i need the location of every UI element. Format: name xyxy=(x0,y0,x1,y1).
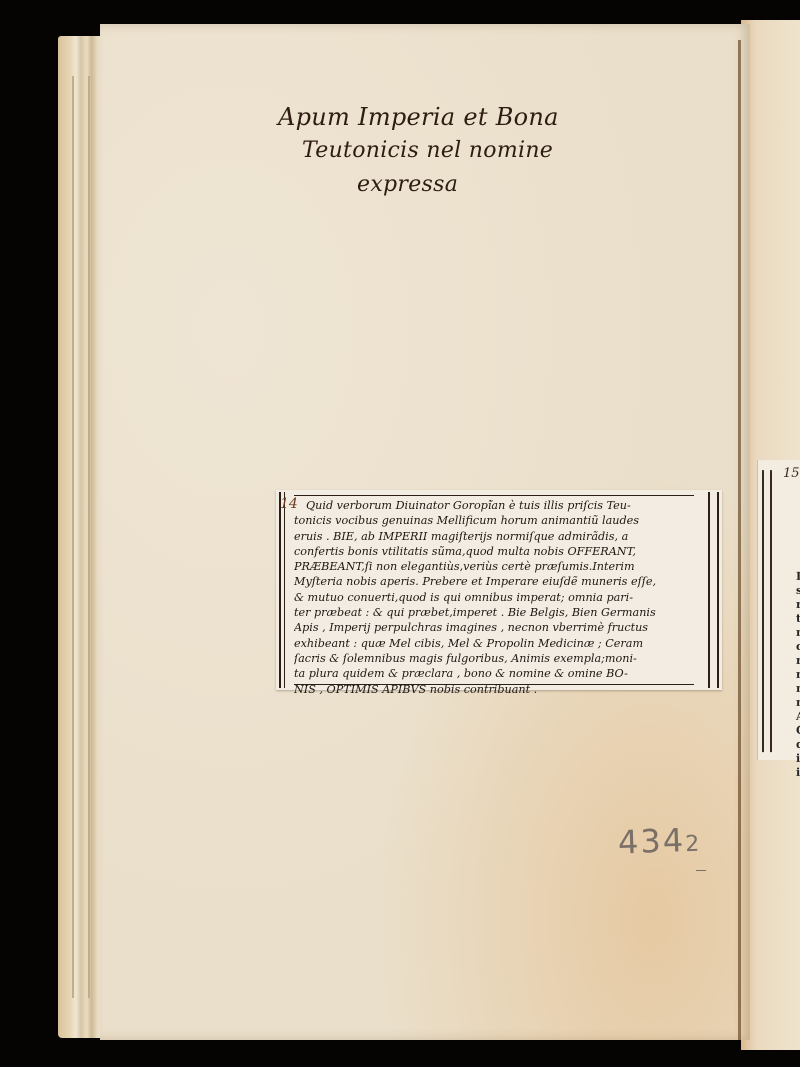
letter: n xyxy=(796,682,800,696)
slip-line: Apis , Imperij perpulchras imagines , ne… xyxy=(294,620,694,635)
letter: n xyxy=(796,668,800,682)
letter: r xyxy=(796,654,800,668)
letter: A xyxy=(796,710,800,724)
slip-line: Quid verborum Diuinator Goropi̇̃an è tui… xyxy=(294,498,694,513)
book-gutter xyxy=(738,40,741,1040)
letter: n xyxy=(796,696,800,710)
slip-border-right-outer xyxy=(717,492,719,688)
slip-border-left xyxy=(279,492,281,688)
letter: n xyxy=(796,626,800,640)
slip-line: tonicis vocibus genuinas Mellificum horu… xyxy=(294,513,694,528)
slip-line: & mutuo conuerti,quod is qui omnibus imp… xyxy=(294,590,694,605)
letter: q xyxy=(796,738,800,752)
facing-page-slip: 15 I s r t n c r n n n A C q i in xyxy=(757,460,800,760)
folio-digits: 434 xyxy=(617,821,685,861)
slip-line: eruis . BIE, ab IMPERII magiſterijs norm… xyxy=(294,529,694,544)
slip-line: ta plura quidem & præclara , bono & nomi… xyxy=(294,666,694,681)
folio-underline xyxy=(696,870,706,871)
letter: c xyxy=(796,640,800,654)
stack-line xyxy=(88,76,90,998)
slip-text: Quid verborum Diuinator Goropi̇̃an è tui… xyxy=(294,498,694,697)
letter: in xyxy=(796,766,800,780)
slip-line: PRÆBEANT,ſi non elegantiùs,veriùs certè … xyxy=(294,559,694,574)
facing-slip-number: 15 xyxy=(783,466,800,481)
letter: I xyxy=(796,570,800,584)
book-photo: 15 I s r t n c r n n n A C q i in Apum I… xyxy=(0,0,800,1067)
slip-line: confertis bonis vtilitatis sũma,quod mul… xyxy=(294,544,694,559)
slip-rule xyxy=(762,470,764,752)
slip-border-right xyxy=(708,492,710,688)
letter: C xyxy=(796,724,800,738)
facing-slip-letters: I s r t n c r n n n A C q i in xyxy=(796,570,800,780)
letter: s xyxy=(796,584,800,598)
heading-line-1: Apum Imperia et Bona xyxy=(272,100,612,134)
heading-line-3: expressa xyxy=(272,168,612,202)
pasted-printed-slip: 14 Quid verborum Diuinator Goropi̇̃an è … xyxy=(276,490,722,690)
slip-rule xyxy=(770,470,772,752)
letter: r xyxy=(796,598,800,612)
slip-line: ſacris & ſolemnibus magis fulgoribus, An… xyxy=(294,651,694,666)
slip-top-rule xyxy=(294,495,694,496)
heading-line-2: Teutonicis nel nomine xyxy=(272,134,612,168)
slip-border-left-inner xyxy=(284,492,285,688)
stack-line xyxy=(72,76,74,998)
slip-line: Myſteria nobis aperis. Prebere et Impera… xyxy=(294,574,694,589)
pencil-folio-number: 4342 xyxy=(617,821,701,862)
letter: t xyxy=(796,612,800,626)
slip-line: ter præbeat : & qui præbet,imperet . Bie… xyxy=(294,605,694,620)
handwritten-heading: Apum Imperia et Bona Teutonicis nel nomi… xyxy=(272,100,612,202)
folio-suffix: 2 xyxy=(685,832,702,858)
slip-line: NIS , OPTIMIS APIBVS nobis contribuant . xyxy=(294,682,694,697)
letter: i xyxy=(796,752,800,766)
slip-line: exhibeant : quæ Mel cibis, Mel & Propoli… xyxy=(294,636,694,651)
